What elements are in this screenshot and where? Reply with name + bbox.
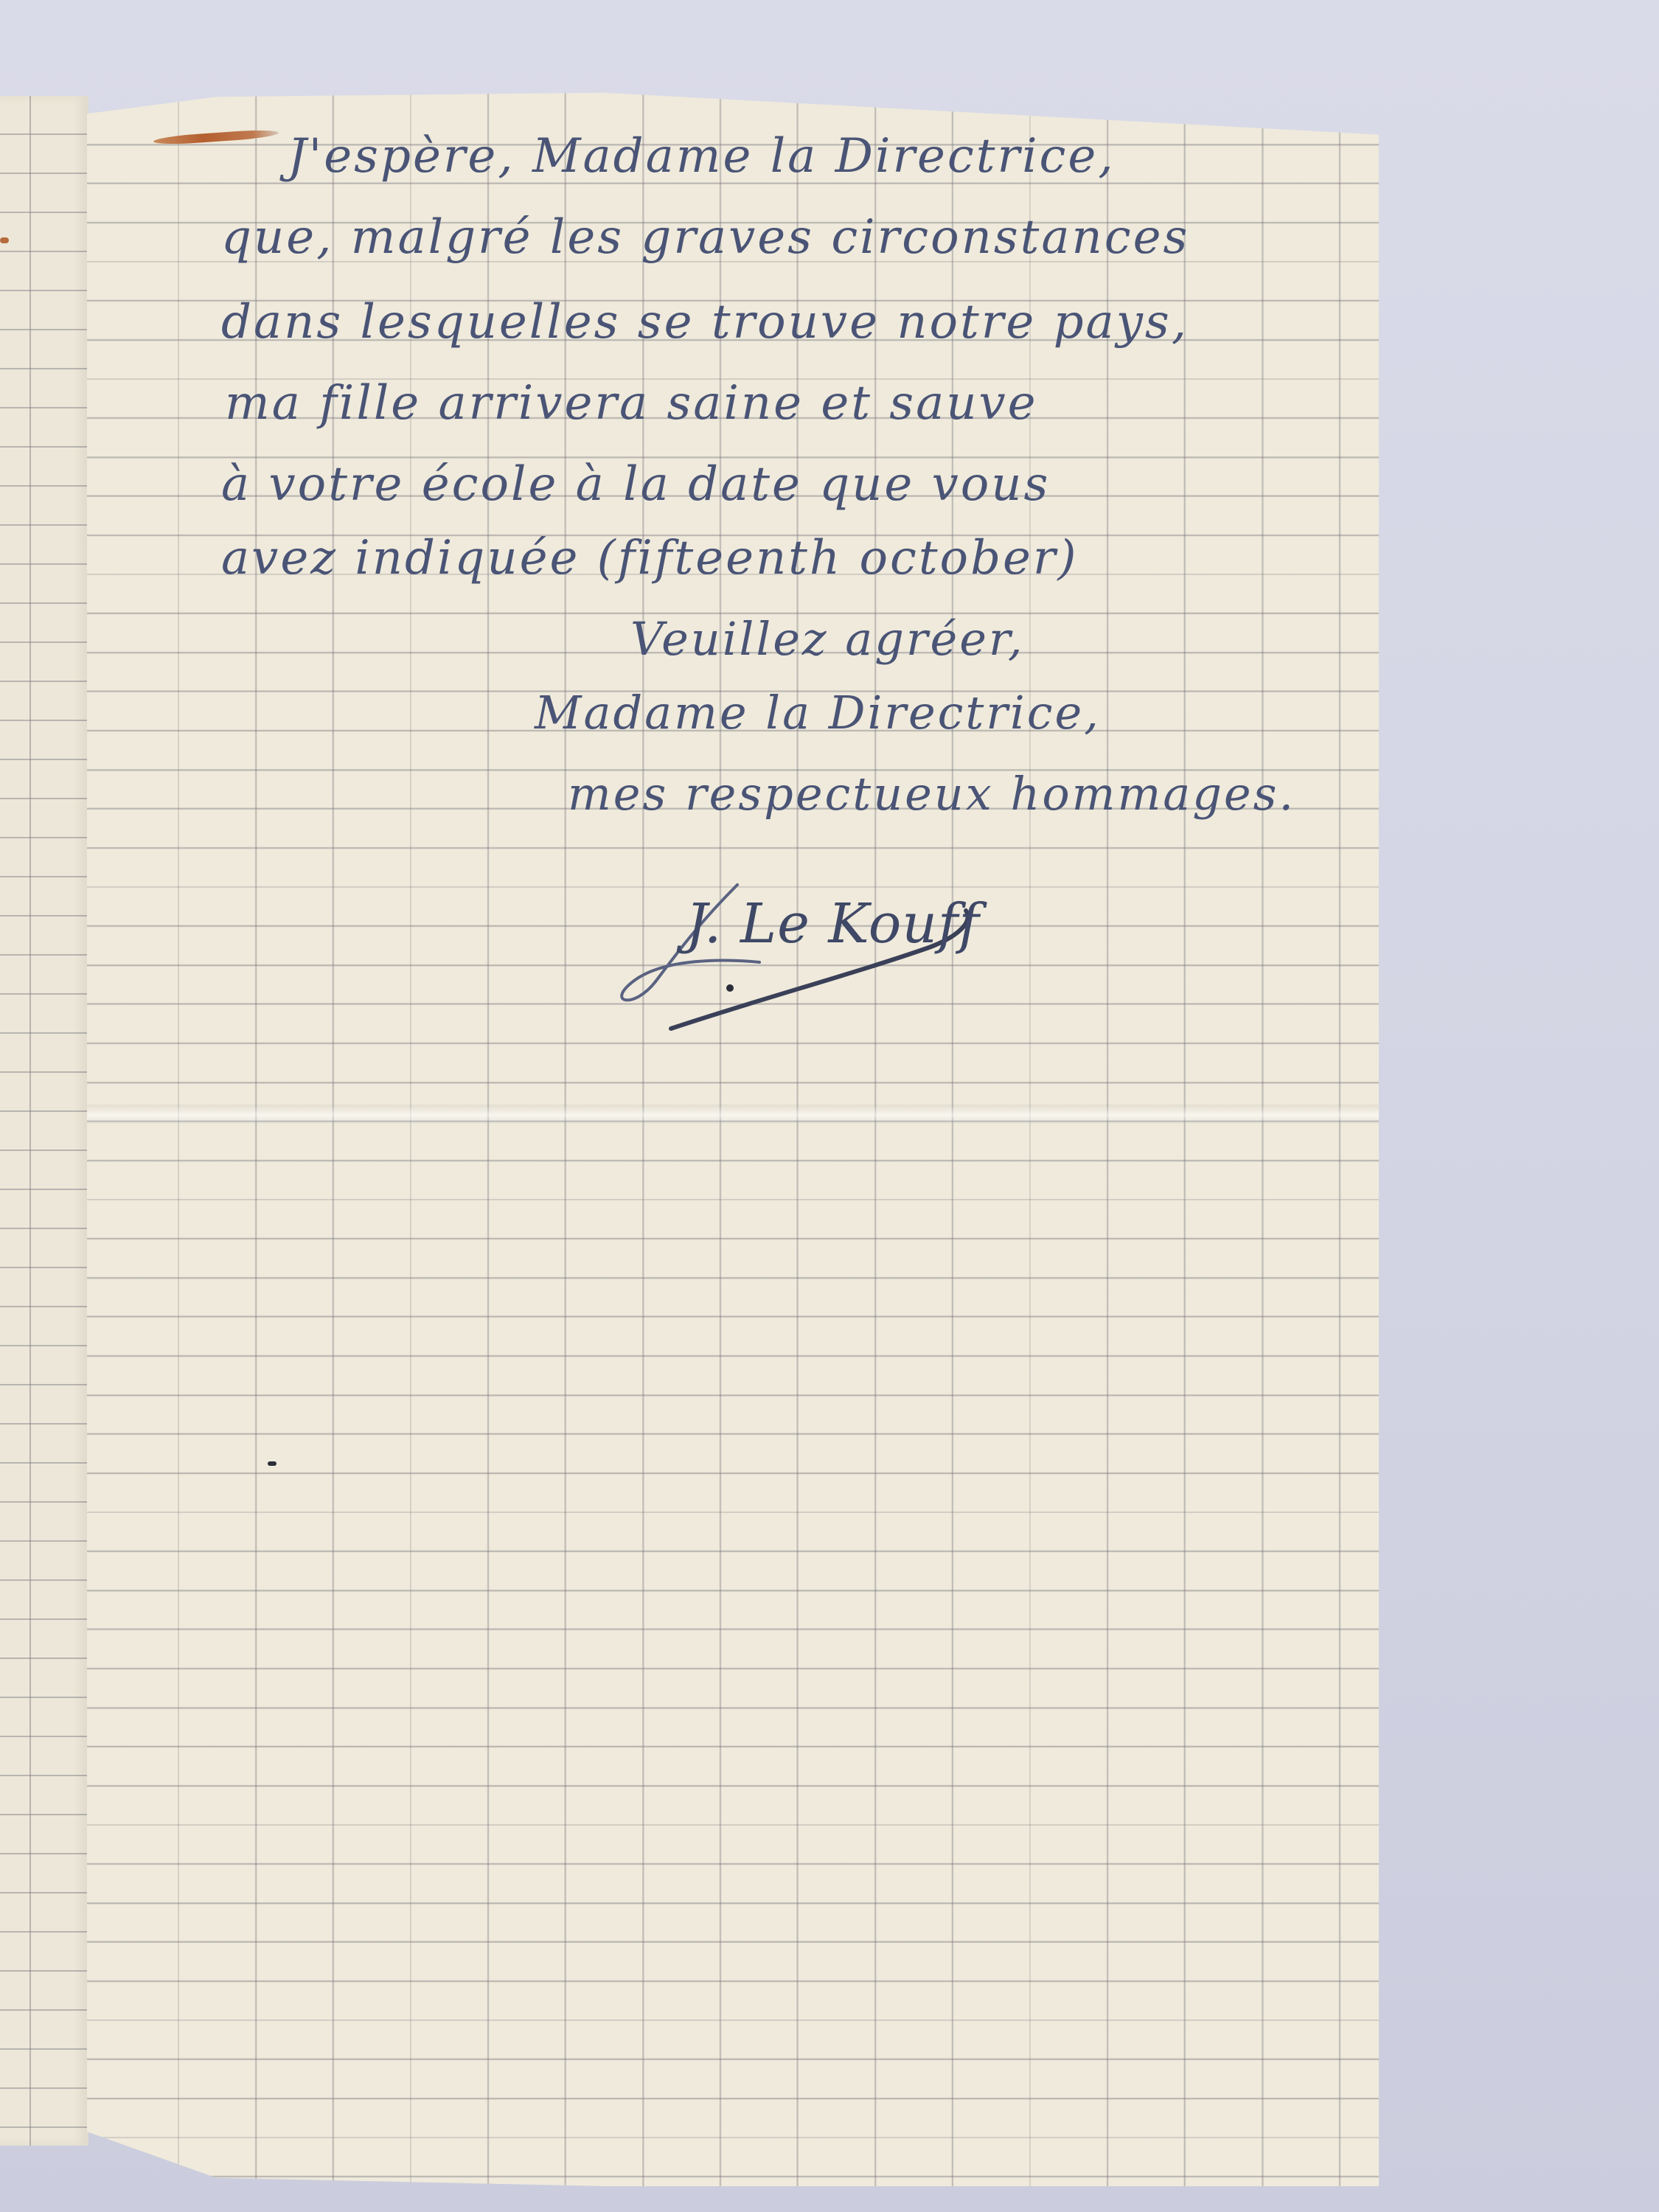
signature-name: J. Le Kouff [686,892,980,956]
photo-scene: J'espère, Madame la Directrice, que, mal… [0,0,1659,2212]
letter-body-line: à votre école à la date que vous [221,457,1050,512]
letter-body-line: J'espère, Madame la Directrice, [288,129,1116,184]
signature: J. Le Kouff [612,870,995,1032]
letter-body-line: que, malgré les graves circonstances [221,210,1189,265]
letter-body-line: dans lesquelles se trouve notre pays, [221,295,1189,349]
rust-staple-mark [153,128,279,146]
closing-line: Veuillez agréer, [630,612,1024,666]
ink-speck [268,1461,276,1466]
closing-line: Madame la Directrice, [535,686,1101,740]
facing-page-strip [0,96,88,2146]
closing-line: mes respectueux hommages. [568,767,1295,821]
letter-body-line: avez indiquée (fifteenth october) [221,531,1078,585]
fold-crease [87,1105,1379,1124]
letter-body-line: ma fille arrivera saine et sauve [225,376,1038,431]
rust-stain [0,237,9,243]
